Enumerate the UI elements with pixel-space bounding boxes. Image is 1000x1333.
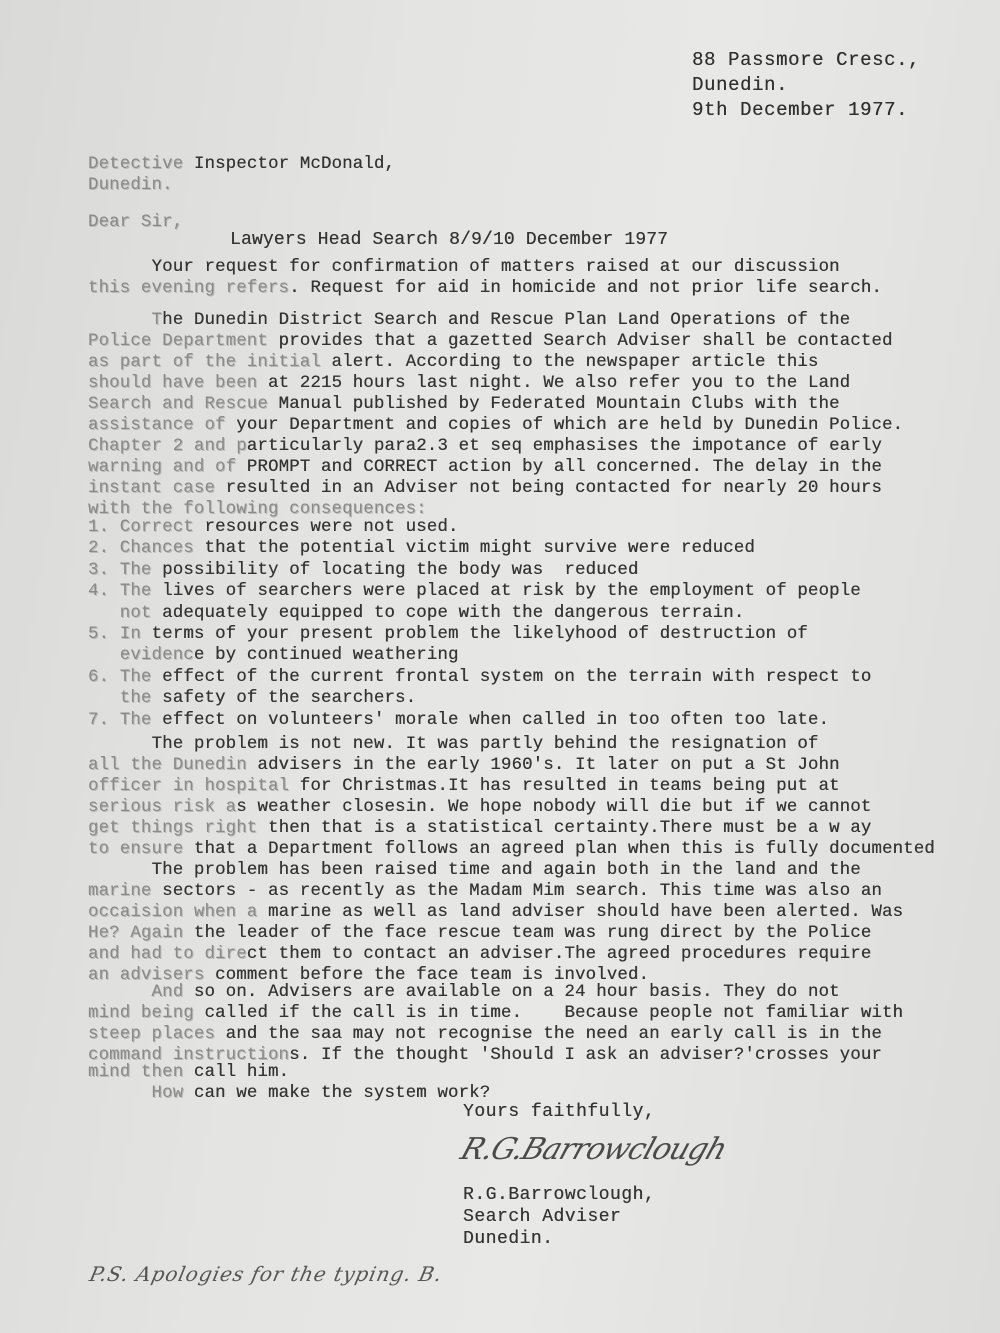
consequence-item: 5. In terms of your present problem the … xyxy=(88,624,808,645)
handwritten-postscript: P.S. Apologies for the typing. B. xyxy=(87,1262,444,1286)
letter-page: 88 Passmore Cresc., Dunedin. 9th Decembe… xyxy=(0,0,1000,1333)
body-text-line: mind then call him. xyxy=(88,1062,289,1083)
body-text-line: occaision when a marine as well as land … xyxy=(88,902,903,923)
salutation: Dear Sir, xyxy=(88,212,183,233)
body-text-line: steep places and the saa may not recogni… xyxy=(88,1024,882,1045)
consequence-item: 6. The effect of the current frontal sys… xyxy=(88,667,871,688)
body-text-line: The Dunedin District Search and Rescue P… xyxy=(88,310,850,331)
sender-address-line1: 88 Passmore Cresc., xyxy=(692,50,920,71)
consequence-item: 2. Chances that the potential victim mig… xyxy=(88,538,755,559)
letter-date: 9th December 1977. xyxy=(692,100,908,121)
body-text-line: get things right then that is a statisti… xyxy=(88,818,871,839)
signatory-name: R.G.Barrowclough, xyxy=(463,1185,655,1206)
body-text-line: officer in hospital for Christmas.It has… xyxy=(88,776,840,797)
body-text-line: serious risk as weather closesin. We hop… xyxy=(88,797,871,818)
body-text-line: marine sectors - as recently as the Mada… xyxy=(88,881,882,902)
body-text-line: The problem has been raised time and aga… xyxy=(88,860,861,881)
body-text-line: He? Again the leader of the face rescue … xyxy=(88,923,871,944)
sender-address-line2: Dunedin. xyxy=(692,75,788,96)
body-text-line: warning and of PROMPT and CORRECT action… xyxy=(88,457,882,478)
subject-line: Lawyers Head Search 8/9/10 December 1977 xyxy=(230,230,668,251)
body-text-line: this evening refers. Request for aid in … xyxy=(88,278,882,299)
consequence-item: 4. The lives of searchers were placed at… xyxy=(88,581,861,602)
body-text-line: and had to direct them to contact an adv… xyxy=(88,944,871,965)
consequence-item: 3. The possibility of locating the body … xyxy=(88,560,638,581)
body-text-line: The problem is not new. It was partly be… xyxy=(88,734,818,755)
body-text-line: mind being called if the call is in time… xyxy=(88,1003,903,1024)
body-text-line: Chapter 2 and particularly para2.3 et se… xyxy=(88,436,882,457)
signatory-city: Dunedin. xyxy=(463,1229,553,1250)
body-text-line: assistance of your Department and copies… xyxy=(88,415,903,436)
recipient-name: Detective Inspector McDonald, xyxy=(88,154,395,175)
body-text-line: instant case resulted in an Adviser not … xyxy=(88,478,882,499)
consequence-item-continuation: evidence by continued weathering xyxy=(88,645,459,666)
body-text-line: How can we make the system work? xyxy=(88,1083,490,1104)
consequence-item-continuation: the safety of the searchers. xyxy=(88,688,416,709)
body-text-line: Your request for confirmation of matters… xyxy=(88,257,840,278)
body-text-line: should have been at 2215 hours last nigh… xyxy=(88,373,850,394)
recipient-city: Dunedin. xyxy=(88,175,173,196)
body-text-line: as part of the initial alert. According … xyxy=(88,352,818,373)
body-text-line: Search and Rescue Manual published by Fe… xyxy=(88,394,840,415)
body-text-line: And so on. Advisers are available on a 2… xyxy=(88,982,840,1003)
body-text-line: Police Department provides that a gazett… xyxy=(88,331,893,352)
body-text-line: all the Dunedin advisers in the early 19… xyxy=(88,755,840,776)
signatory-title: Search Adviser xyxy=(463,1207,621,1228)
body-text-line: to ensure that a Department follows an a… xyxy=(88,839,935,860)
consequence-item: 7. The effect on volunteers' morale when… xyxy=(88,710,829,731)
closing: Yours faithfully, xyxy=(463,1102,655,1123)
handwritten-signature: R.G.Barrowclough xyxy=(456,1132,731,1167)
consequence-item-continuation: not adequately equipped to cope with the… xyxy=(88,603,744,624)
consequence-item: 1. Correct resources were not used. xyxy=(88,517,459,538)
